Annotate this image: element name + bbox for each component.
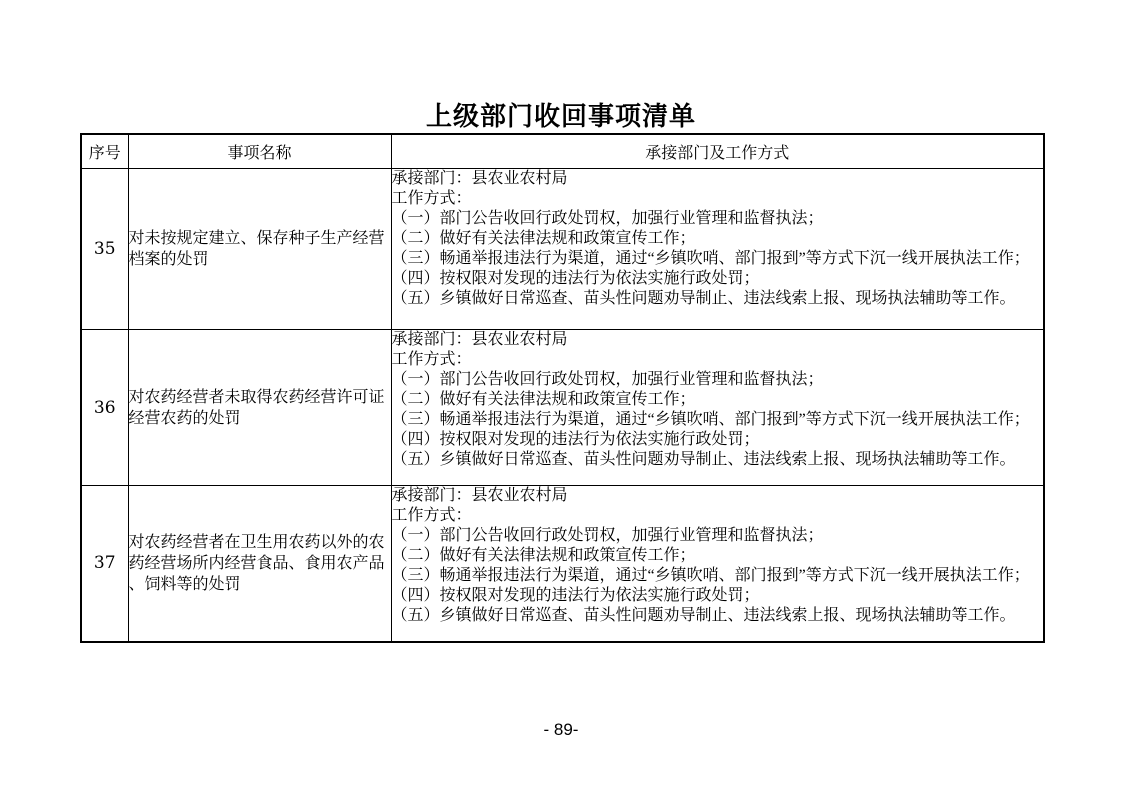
method-line: （五）乡镇做好日常巡查、苗头性问题劝导制止、违法线索上报、现场执法辅助等工作。 [392, 289, 1044, 309]
method-line: （四）按权限对发现的违法行为依法实施行政处罚； [392, 269, 1044, 289]
page-number: - 89- [0, 720, 1122, 740]
method-line: （五）乡镇做好日常巡查、苗头性问题劝导制止、违法线索上报、现场执法辅助等工作。 [392, 606, 1044, 626]
method-line: （二）做好有关法律法规和政策宣传工作； [392, 390, 1044, 410]
item-method: 承接部门：县农业农村局 工作方式： （一）部门公告收回行政处罚权，加强行业管理和… [391, 486, 1044, 642]
row-number: 35 [81, 169, 128, 330]
method-line: （四）按权限对发现的违法行为依法实施行政处罚； [392, 430, 1044, 450]
method-line: （三）畅通举报违法行为渠道，通过“乡镇吹哨、部门报到”等方式下沉一线开展执法工作… [392, 566, 1044, 586]
method-line: 工作方式： [392, 350, 1044, 370]
table-row: 37 对农药经营者在卫生用农药以外的农药经营场所内经营食品、食用农产品、饲料等的… [81, 486, 1044, 642]
item-name: 对农药经营者在卫生用农药以外的农药经营场所内经营食品、食用农产品、饲料等的处罚 [128, 486, 391, 642]
method-line: （三）畅通举报违法行为渠道，通过“乡镇吹哨、部门报到”等方式下沉一线开展执法工作… [392, 410, 1044, 430]
method-line: （一）部门公告收回行政处罚权，加强行业管理和监督执法； [392, 526, 1044, 546]
method-line: （三）畅通举报违法行为渠道，通过“乡镇吹哨、部门报到”等方式下沉一线开展执法工作… [392, 249, 1044, 269]
row-number: 36 [81, 330, 128, 486]
method-line: 工作方式： [392, 506, 1044, 526]
method-line: （二）做好有关法律法规和政策宣传工作； [392, 229, 1044, 249]
method-line: （五）乡镇做好日常巡查、苗头性问题劝导制止、违法线索上报、现场执法辅助等工作。 [392, 450, 1044, 470]
reclaimed-items-table: 序号 事项名称 承接部门及工作方式 35 对未按规定建立、保存种子生产经营档案的… [80, 133, 1045, 643]
document-page: 上级部门收回事项清单 序号 事项名称 承接部门及工作方式 35 对未按规定建立、… [0, 0, 1122, 793]
method-line: 承接部门：县农业农村局 [392, 330, 1044, 350]
item-name: 对未按规定建立、保存种子生产经营档案的处罚 [128, 169, 391, 330]
method-line: （一）部门公告收回行政处罚权，加强行业管理和监督执法； [392, 209, 1044, 229]
item-method: 承接部门：县农业农村局 工作方式： （一）部门公告收回行政处罚权，加强行业管理和… [391, 330, 1044, 486]
method-line: 承接部门：县农业农村局 [392, 486, 1044, 506]
table-row: 36 对农药经营者未取得农药经营许可证经营农药的处罚 承接部门：县农业农村局 工… [81, 330, 1044, 486]
method-line: （一）部门公告收回行政处罚权，加强行业管理和监督执法； [392, 370, 1044, 390]
column-header-name: 事项名称 [128, 134, 391, 169]
row-number: 37 [81, 486, 128, 642]
item-name: 对农药经营者未取得农药经营许可证经营农药的处罚 [128, 330, 391, 486]
item-method: 承接部门：县农业农村局 工作方式： （一）部门公告收回行政处罚权，加强行业管理和… [391, 169, 1044, 330]
column-header-no: 序号 [81, 134, 128, 169]
page-title: 上级部门收回事项清单 [0, 96, 1122, 133]
method-line: （四）按权限对发现的违法行为依法实施行政处罚； [392, 586, 1044, 606]
method-line: 工作方式： [392, 189, 1044, 209]
method-line: 承接部门：县农业农村局 [392, 169, 1044, 189]
method-line: （二）做好有关法律法规和政策宣传工作； [392, 546, 1044, 566]
column-header-method: 承接部门及工作方式 [391, 134, 1044, 169]
table-row: 35 对未按规定建立、保存种子生产经营档案的处罚 承接部门：县农业农村局 工作方… [81, 169, 1044, 330]
table-header-row: 序号 事项名称 承接部门及工作方式 [81, 134, 1044, 169]
